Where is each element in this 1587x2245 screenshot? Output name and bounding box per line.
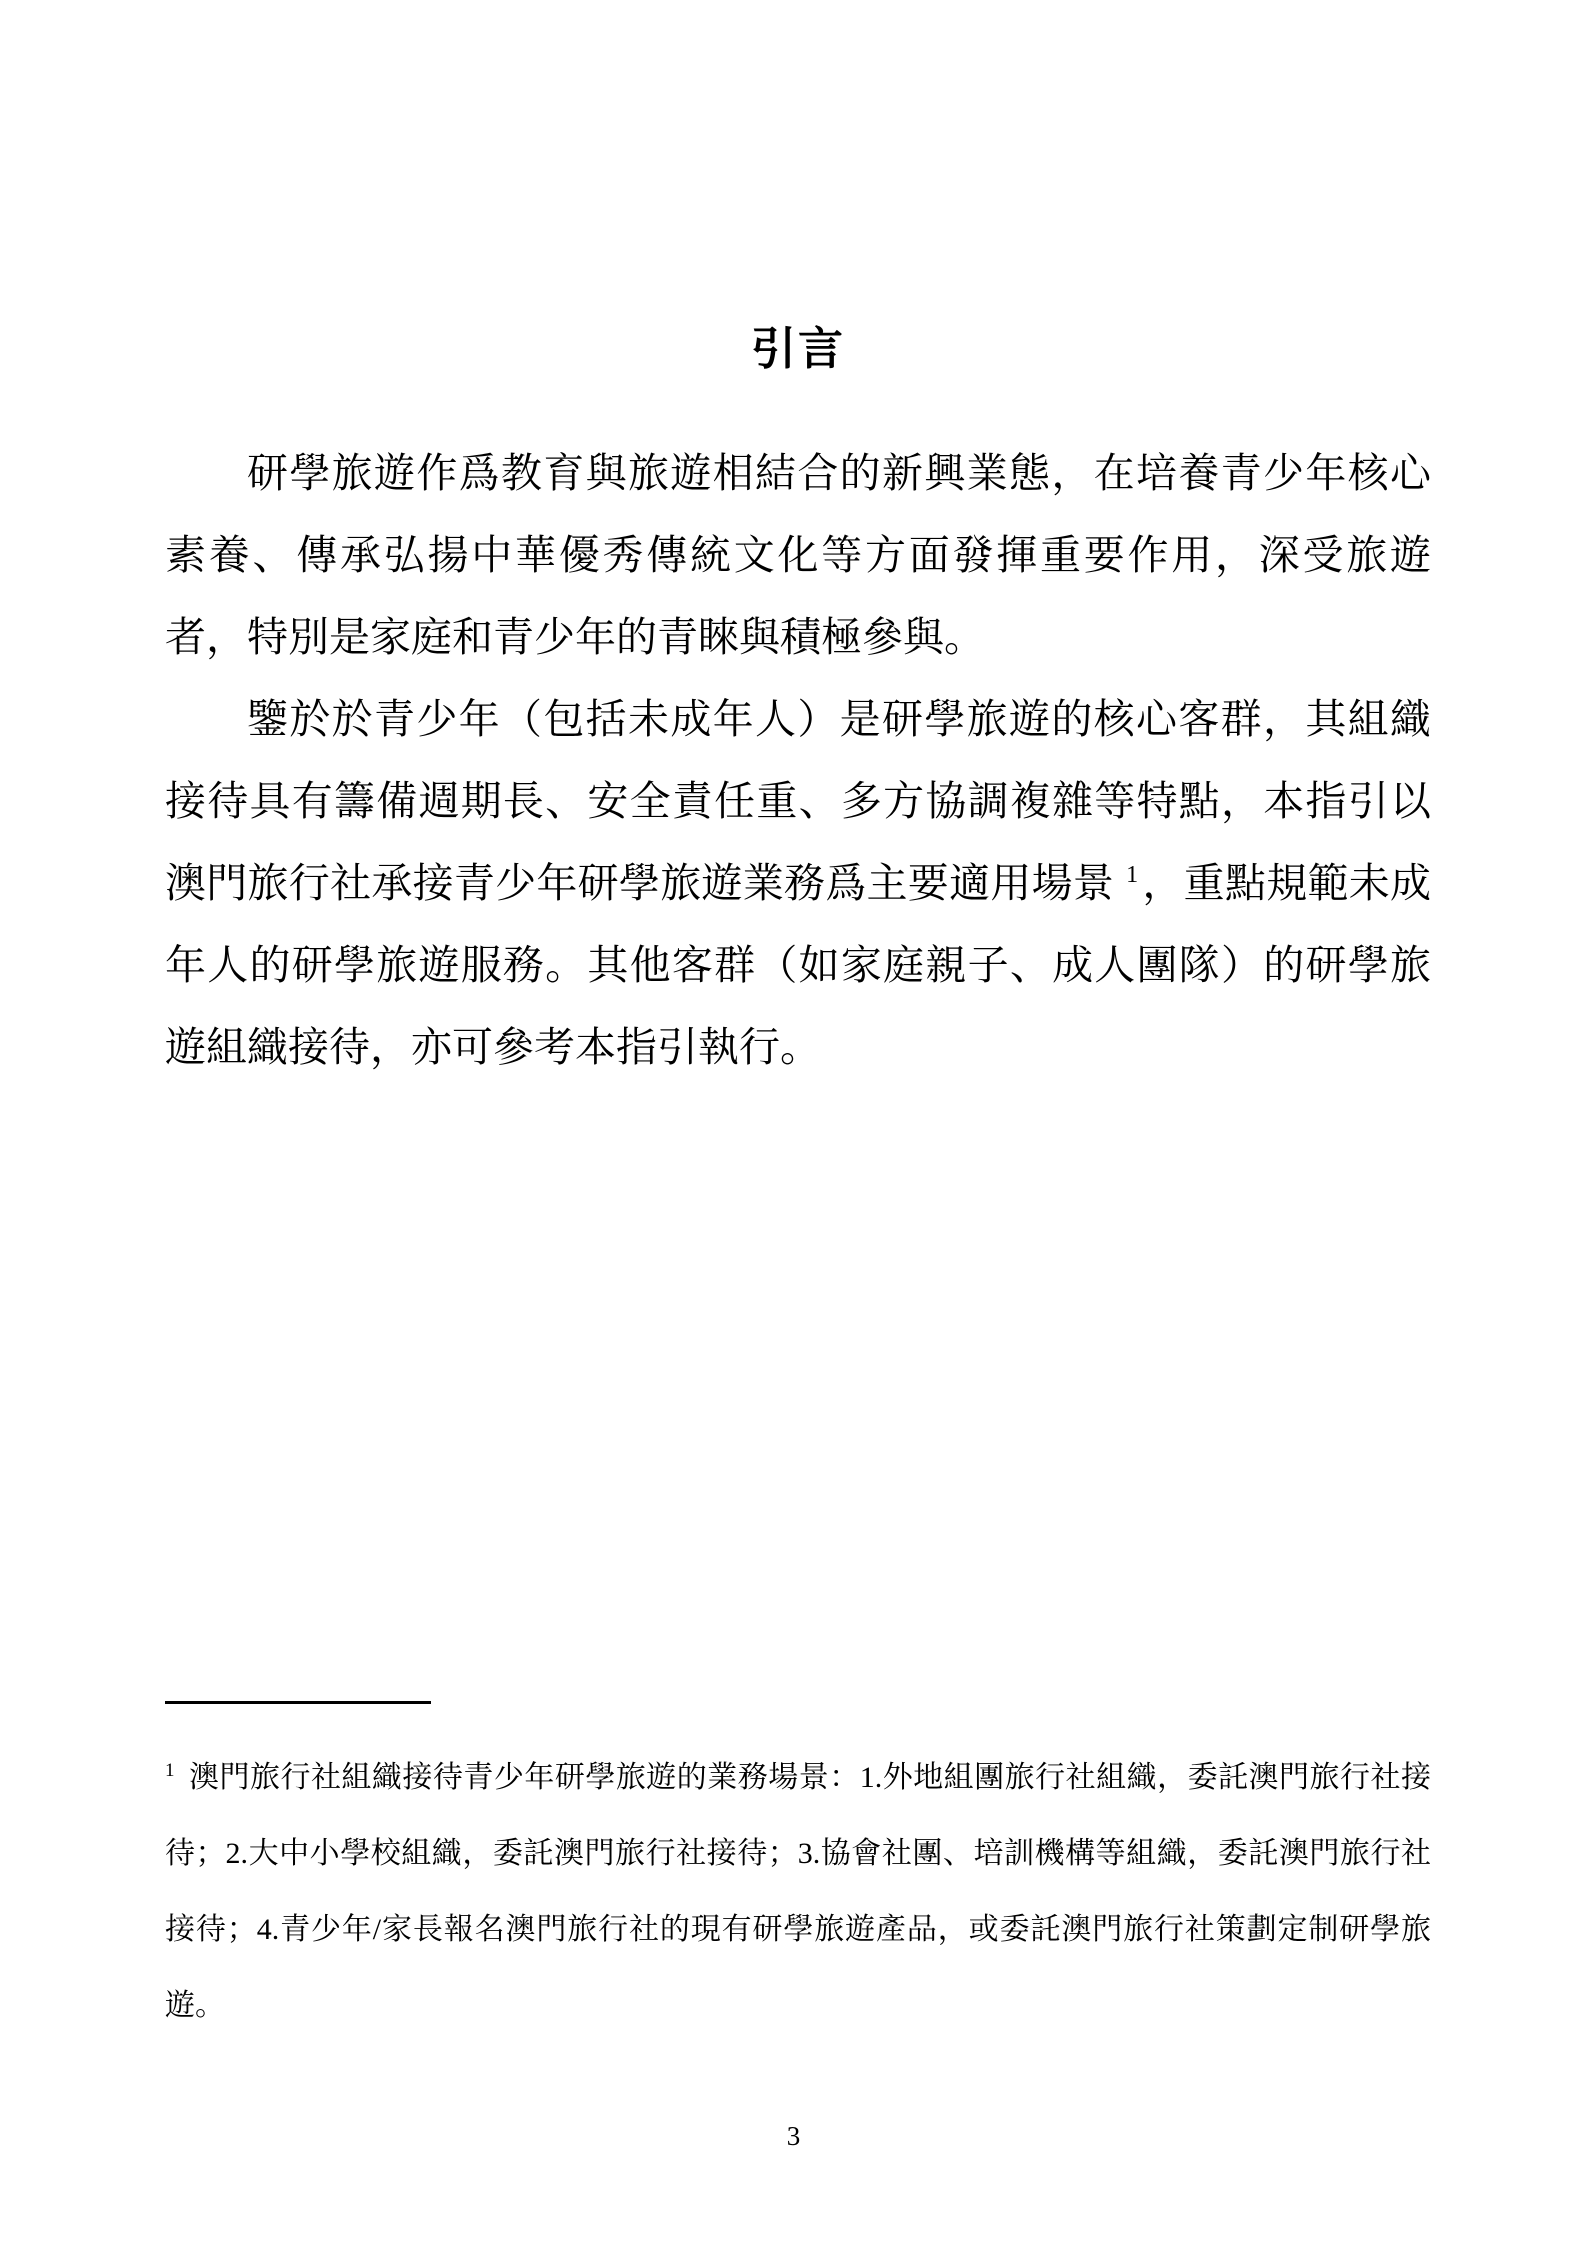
footnote-area: 1澳門旅行社組織接待青少年研學旅遊的業務場景：1.外地組團旅行社組織，委託澳門旅… [165, 1701, 1431, 2044]
footnote-text: 澳門旅行社組織接待青少年研學旅遊的業務場景：1.外地組團旅行社組織，委託澳門旅行… [165, 1761, 1431, 2022]
page-number: 3 [0, 2120, 1587, 2152]
footnote-marker: 1 [165, 1760, 175, 1781]
footnote-reference: 1 [1126, 862, 1138, 888]
footnote: 1澳門旅行社組織接待青少年研學旅遊的業務場景：1.外地組團旅行社組織，委託澳門旅… [165, 1740, 1431, 2044]
page-title: 引言 [165, 322, 1431, 376]
paragraph-1: 研學旅遊作爲教育與旅遊相結合的新興業態，在培養青少年核心素養、傳承弘揚中華優秀傳… [165, 432, 1431, 678]
document-page: 引言 研學旅遊作爲教育與旅遊相結合的新興業態，在培養青少年核心素養、傳承弘揚中華… [0, 0, 1587, 2245]
document-body: 引言 研學旅遊作爲教育與旅遊相結合的新興業態，在培養青少年核心素養、傳承弘揚中華… [165, 322, 1431, 1088]
paragraph-2: 鑒於於青少年（包括未成年人）是研學旅遊的核心客群，其組織接待具有籌備週期長、安全… [165, 678, 1431, 1088]
footnote-separator-rule [165, 1701, 431, 1704]
